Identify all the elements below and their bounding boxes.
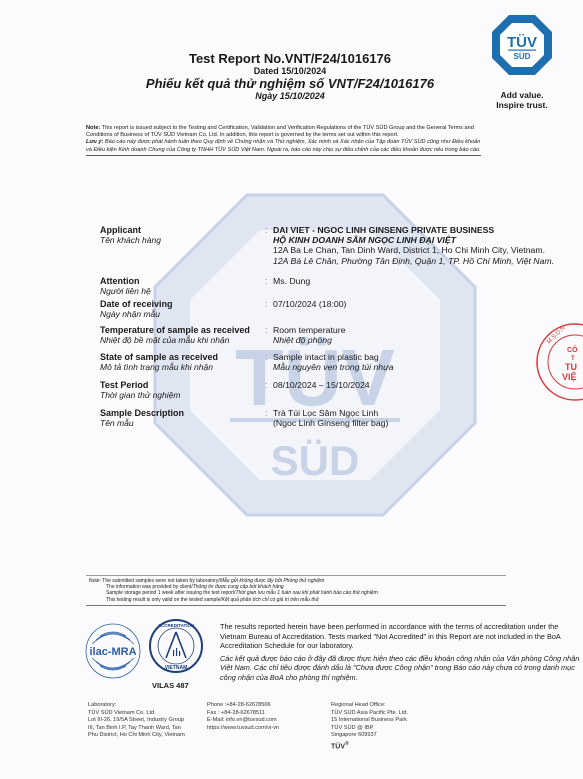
date-received-label: Date of receiving xyxy=(100,299,270,309)
footer-contact: Phone :+84-28-62678506 Fax : +84-28-6267… xyxy=(207,702,327,732)
head-office-address: TÜV SÜD @ IBP xyxy=(331,725,451,733)
svg-text:CÔ: CÔ xyxy=(567,345,578,354)
svg-text:VIỆ: VIỆ xyxy=(562,371,577,382)
head-office-name: TÜV SÜD Asia Pacific Pte. Ltd. xyxy=(331,710,451,718)
applicant-address-en: 12A Ba Le Chan, Tan Dinh Ward, District … xyxy=(273,245,583,255)
boa-accreditation-logo-icon: ACCREDITATION VIETNAM xyxy=(148,618,204,674)
sample-notes: Note: The submitted samples were not tak… xyxy=(86,575,506,606)
accreditation-text-en: The results reported herein have been pe… xyxy=(220,622,580,651)
svg-text:TU: TU xyxy=(565,362,577,372)
date-received-label-vi: Ngày nhận mẫu xyxy=(100,309,270,319)
footer-head-office: Regional Head Office: TÜV SÜD Asia Pacif… xyxy=(331,702,451,751)
company-stamp-icon: M.S.D.N CÔ T TU VIỆ xyxy=(535,322,583,402)
temperature-label-vi: Nhiệt độ bề mặt của mẫu khi nhận xyxy=(100,335,275,345)
head-office-address: 15 International Business Park xyxy=(331,717,451,725)
sample-note-vi: Kết quả phân tích chỉ có giá trị trên mẫ… xyxy=(222,597,319,603)
sample-description-label: Sample Description xyxy=(100,408,270,418)
svg-text:VIETNAM: VIETNAM xyxy=(165,665,188,671)
svg-text:ACCREDITATION: ACCREDITATION xyxy=(158,623,195,628)
lab-heading: Laboratory: xyxy=(88,702,218,710)
applicant-address-vi: 12A Bà Lê Chân, Phường Tân Định, Quận 1,… xyxy=(273,256,583,266)
phone-number: Phone :+84-28-62678506 xyxy=(207,702,327,710)
email-link[interactable]: E-Mail: info.vn@tuvsud.com xyxy=(207,717,327,725)
lab-name: TÜV SÜD Vietnam Co. Ltd. xyxy=(88,710,218,718)
registered-mark: ® xyxy=(345,741,349,747)
separator: : xyxy=(265,276,268,286)
separator: : xyxy=(265,380,268,390)
tuv-mark: TÜV xyxy=(331,743,345,750)
head-office-heading: Regional Head Office: xyxy=(331,702,451,710)
applicant-label-vi: Tên khách hàng xyxy=(100,235,270,245)
applicant-name-vi: HỘ KINH DOANH SÂM NGỌC LINH ĐẠI VIỆT xyxy=(273,235,583,245)
separator: : xyxy=(265,352,268,362)
separator: : xyxy=(265,408,268,418)
sample-description-line1: Trà Túi Lọc Sâm Ngọc Linh xyxy=(273,408,583,418)
state-label: State of sample as received xyxy=(100,352,270,362)
fax-number: Fax : +84-28-62678511 xyxy=(207,710,327,718)
sample-notes-label: Note: xyxy=(89,578,101,584)
attention-label-vi: Người liên hệ xyxy=(100,286,270,296)
website-link[interactable]: https://www.tuvsud.com/vi-vn xyxy=(207,725,327,733)
lab-address-line: Phu District, Ho Chi Minh City, Vietnam xyxy=(88,732,218,740)
test-period-label: Test Period xyxy=(100,380,270,390)
attention-value: Ms. Dung xyxy=(273,276,583,286)
sample-note-en: This testing result is only valid on the… xyxy=(106,597,222,603)
separator: : xyxy=(265,299,268,309)
temperature-label: Temperature of sample as received xyxy=(100,325,275,335)
applicant-name-en: DAI VIET - NGOC LINH GINSENG PRIVATE BUS… xyxy=(273,225,583,235)
accreditation-statement: The results reported herein have been pe… xyxy=(220,622,580,683)
lab-address-line: Lot III-26, 19/5A Street, Industry Group xyxy=(88,717,218,725)
applicant-label: Applicant xyxy=(100,225,270,235)
footer-laboratory: Laboratory: TÜV SÜD Vietnam Co. Ltd. Lot… xyxy=(88,702,218,740)
svg-text:ilac-MRA: ilac-MRA xyxy=(89,646,136,658)
tuv-trademark: TÜV® xyxy=(331,741,451,751)
sample-note-item: This testing result is only valid on the… xyxy=(89,597,506,603)
sample-note-vi: Thời gian lưu mẫu 1 tuần sau khi phát hà… xyxy=(236,590,378,596)
vilas-number: VILAS 487 xyxy=(152,681,189,690)
accreditation-text-vi: Các kết quả được báo cáo ở đây đã được t… xyxy=(220,654,580,683)
head-office-address: Singapore 609937 xyxy=(331,732,451,740)
test-period-label-vi: Thời gian thử nghiệm xyxy=(100,390,270,400)
sample-description-label-vi: Tên mẫu xyxy=(100,418,270,428)
ilac-mra-logo-icon: ilac-MRA xyxy=(84,622,142,680)
date-received-value: 07/10/2024 (18:00) xyxy=(273,299,583,309)
state-label-vi: Mô tả tình trạng mẫu khi nhận xyxy=(100,362,270,372)
lab-address-line: III, Tan Binh I.P, Tay Thanh Ward, Tan xyxy=(88,725,218,733)
attention-label: Attention xyxy=(100,276,270,286)
sample-note-en: Sample storage period 1 week after issui… xyxy=(106,590,236,596)
separator: : xyxy=(265,225,268,235)
sample-description-line2: (Ngoc Linh Ginseng filter bag) xyxy=(273,418,583,428)
separator: : xyxy=(265,325,268,335)
